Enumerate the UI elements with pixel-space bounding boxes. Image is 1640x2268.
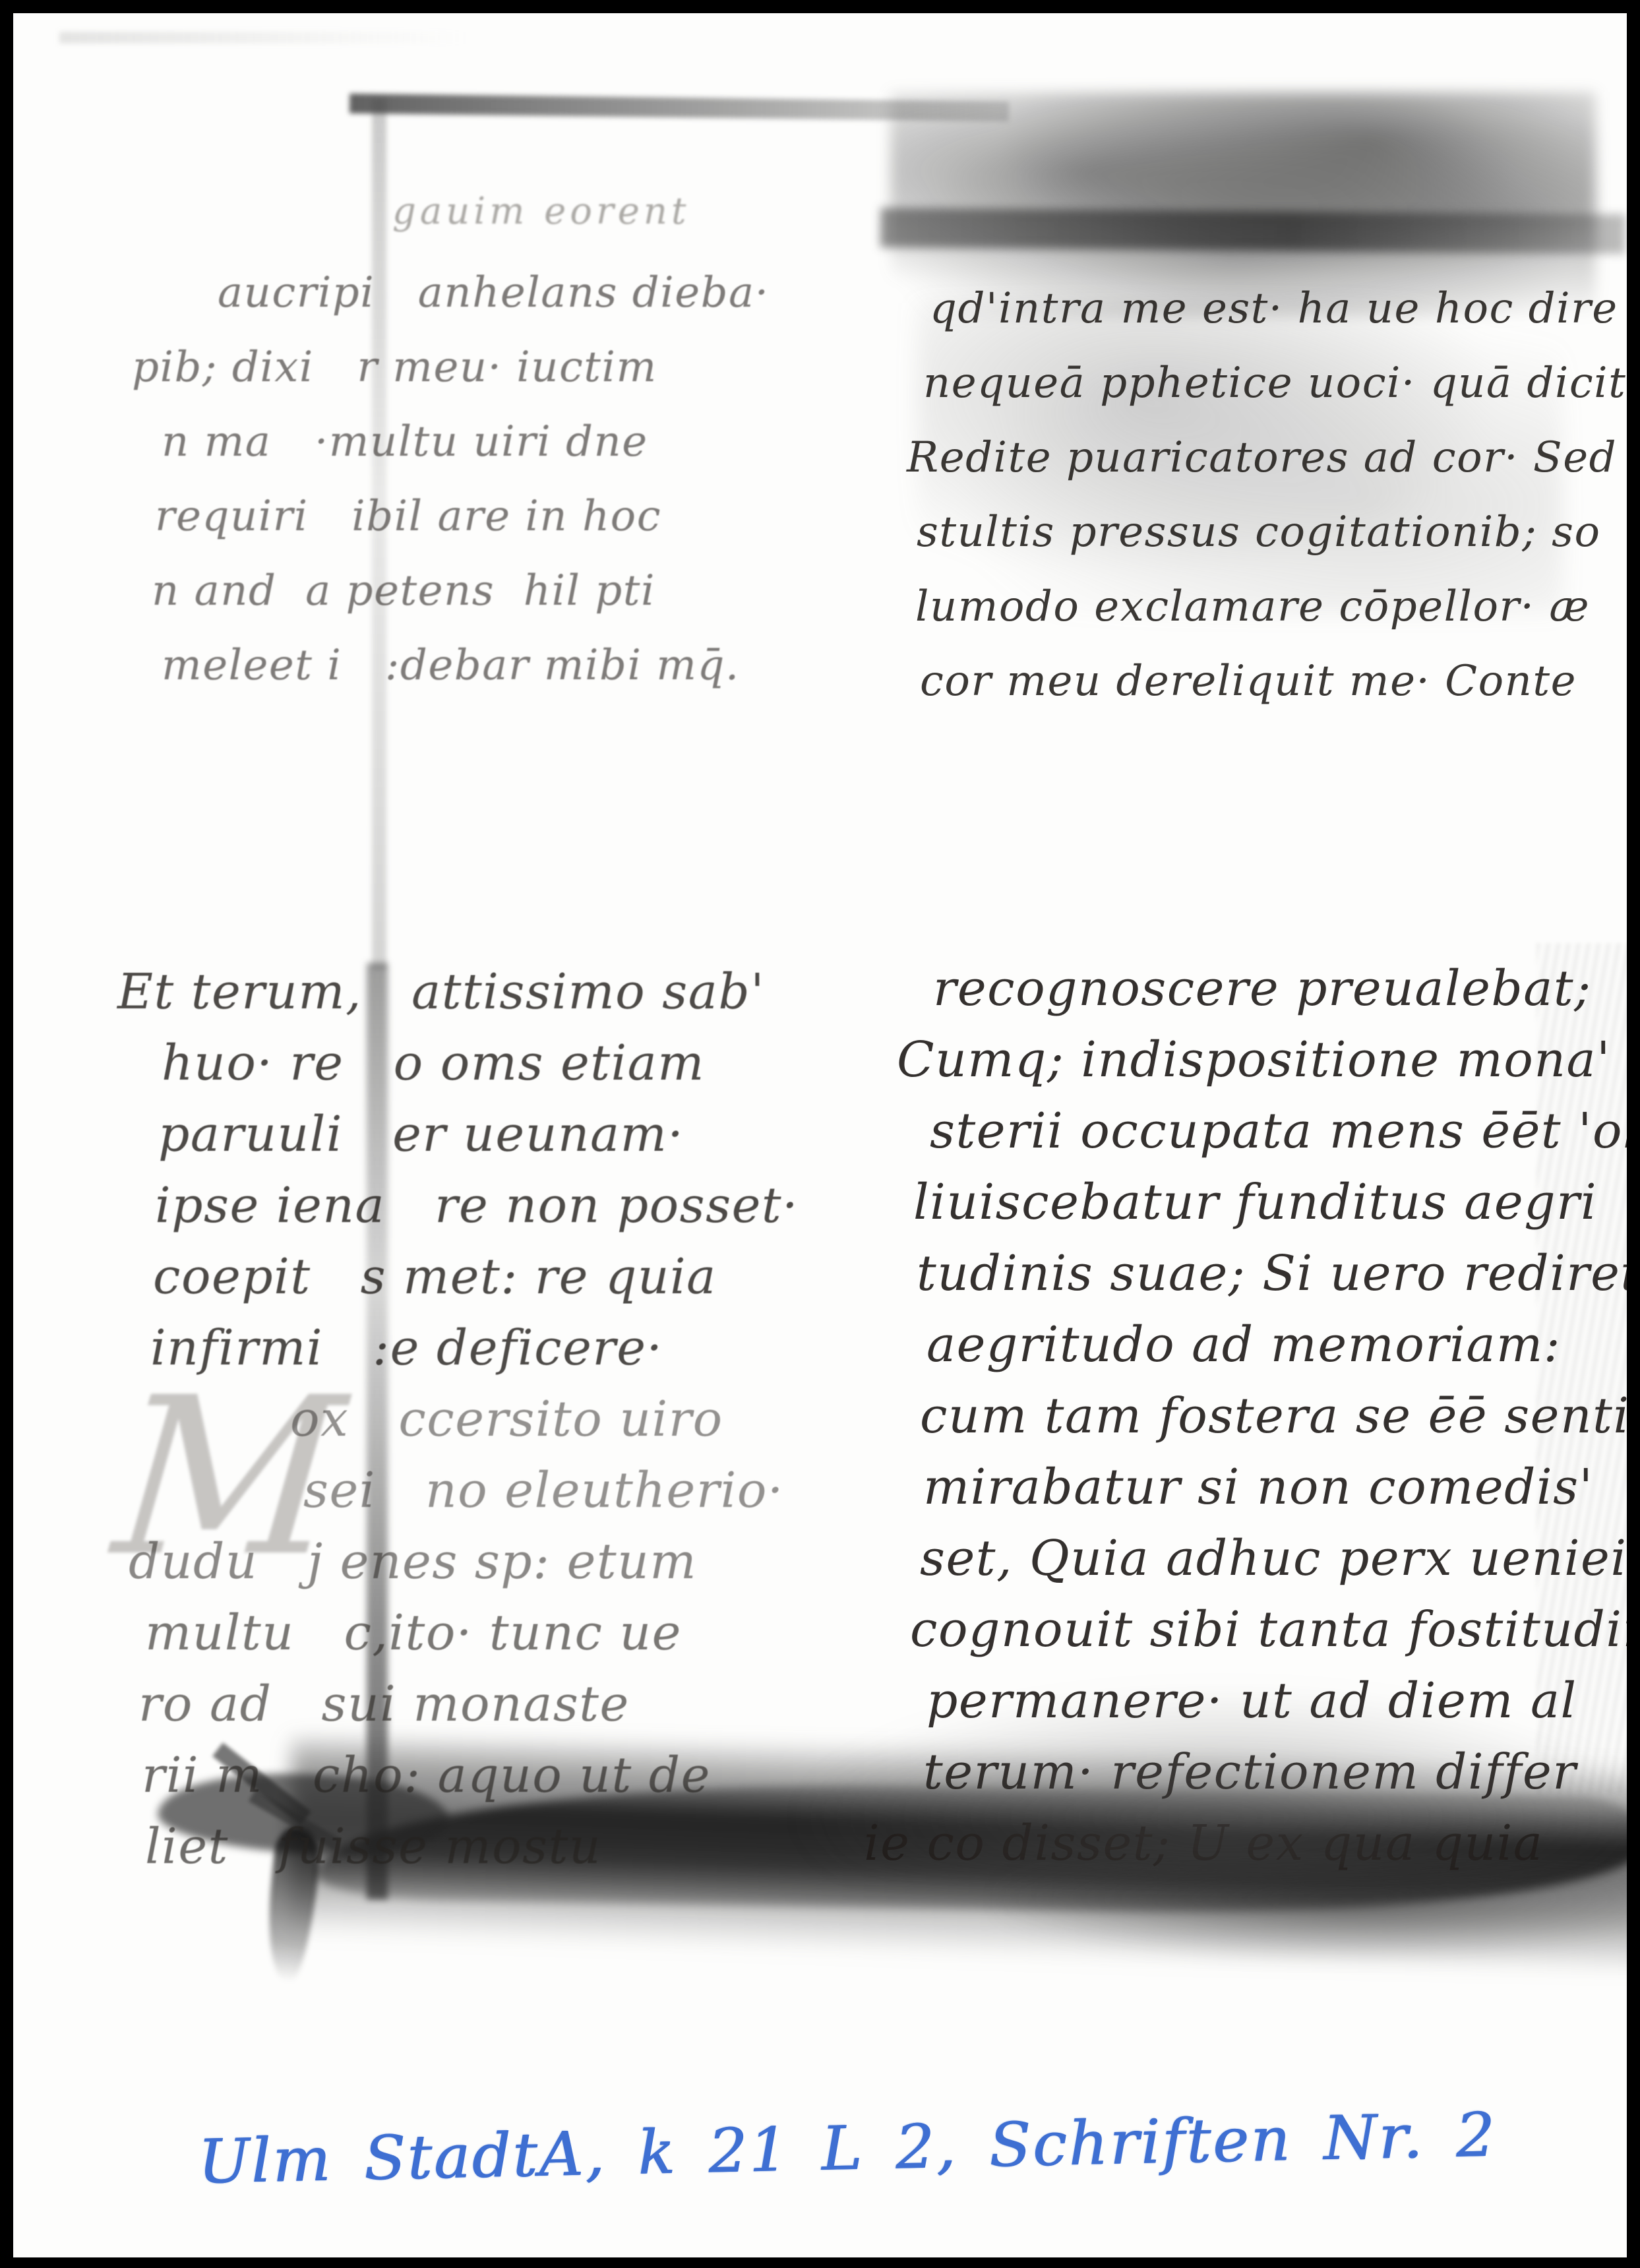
text-line: ro ad sui monaste (138, 1669, 851, 1740)
top-fragment-line: gauim eorent (392, 190, 1052, 233)
text-line: set, Quia adhuc perx uenieiS. (920, 1523, 1627, 1594)
text-line: liet fuisse mostu (145, 1811, 851, 1882)
text-line: meleet i :debar mibi mq̄. (162, 628, 851, 703)
column-top-left: aucripi anhelans dieba· pib; dixi r meu·… (125, 256, 851, 703)
text-line: permanere· ut ad diem al (926, 1665, 1627, 1736)
text-line: coepit s met: re quia (153, 1241, 851, 1312)
text-line: rii m cho: aquo ut de (142, 1740, 851, 1811)
archive-annotation: Ulm StadtA, k 21 L 2, Schriften Nr. 2 (197, 2102, 1385, 2197)
column-bottom-right: recognoscere preualebat; Cumq; indisposi… (890, 953, 1627, 1879)
text-line: sei no eleutherio· (303, 1455, 851, 1526)
text-line: terum· refectionem differ (923, 1736, 1627, 1808)
text-line: paruuli er ueunam· (158, 1099, 851, 1170)
text-line: mirabatur si non comedis' (923, 1452, 1627, 1523)
manuscript-photo-page: gauim eorent M aucripi anhelans dieba· p… (13, 13, 1627, 2257)
text-line: liuiscebatur funditus aegri (913, 1167, 1627, 1238)
column-bottom-left: Et terum, attissimo sab' huo· re o oms e… (112, 956, 851, 1882)
text-line: qd'intra me est· ha ue hoc dire (930, 272, 1627, 346)
text-line: cognouit sibi tanta fostitudine (910, 1594, 1627, 1665)
text-line: aegritudo ad memoriam: (926, 1309, 1627, 1380)
text-line: n ma ·multu uiri dne (162, 405, 851, 479)
text-line: cor meu dereliquit me· Conte (920, 644, 1627, 719)
text-line: recognoscere preualebat; (933, 953, 1627, 1024)
bottom-smudge-band-right (996, 1866, 1627, 1959)
text-line: ie co disset; U ex qua quia (864, 1808, 1627, 1879)
top-edge-smudge-stain (59, 32, 468, 44)
text-line: stultis pressus cogitationib; so (917, 495, 1627, 570)
text-line: multu c,ito· tunc ue (145, 1597, 851, 1669)
text-line: dudu j enes sp: etum (129, 1526, 851, 1597)
top-diagonal-crease-stain (349, 94, 1009, 121)
text-line: pib; dixi r meu· iuctim (132, 330, 851, 405)
top-right-dark-streak (880, 208, 1625, 254)
text-line: infirmi :e deficere· (150, 1312, 851, 1384)
text-line: nequeā pphetice uoci· quā dicit' (923, 346, 1627, 421)
text-line: ipse iena re non posset· (155, 1170, 851, 1241)
text-line: huo· re o oms etiam (162, 1027, 851, 1099)
text-line: Et terum, attissimo sab' (117, 956, 851, 1027)
text-line: ox ccersito uiro (290, 1384, 851, 1455)
text-line: Cumq; indispositione mona' (897, 1024, 1627, 1095)
column-top-right: qd'intra me est· ha ue hoc dire nequeā p… (903, 272, 1627, 719)
text-line: n and a petens hil pti (152, 554, 851, 628)
text-line: requiri ibil are in hoc (155, 479, 851, 554)
text-line: sterii occupata mens ēēt 'ob (930, 1095, 1627, 1167)
scan-frame: gauim eorent M aucripi anhelans dieba· p… (0, 0, 1640, 2268)
text-line: Redite puaricatores ad cor· Sed (907, 421, 1627, 495)
text-line: lumodo exclamare cōpellor· æ (915, 570, 1627, 644)
text-line: tudinis suae; Si uero rediret (917, 1238, 1627, 1309)
text-line: cum tam fostera se ēē sentiret· (920, 1380, 1627, 1452)
text-line: aucripi anhelans dieba· (218, 256, 851, 330)
